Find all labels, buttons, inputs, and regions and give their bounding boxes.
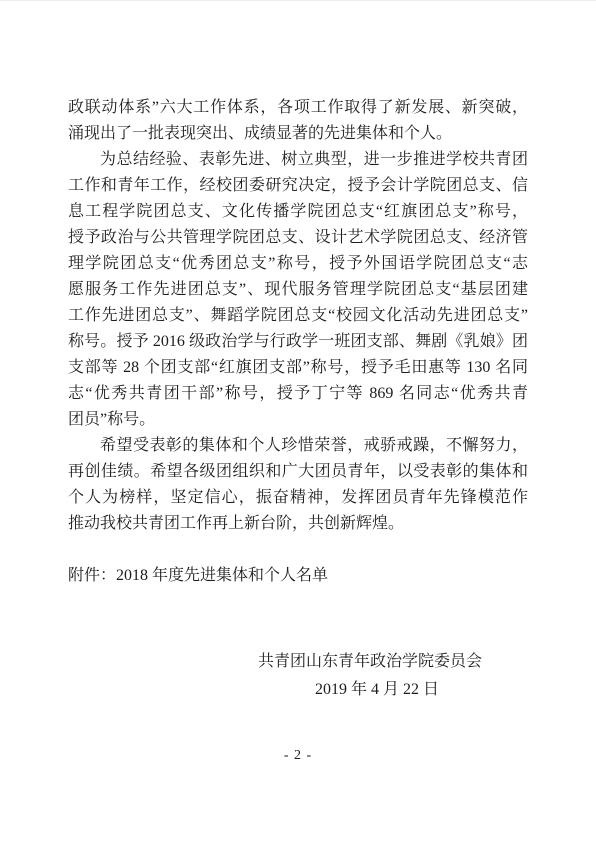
body-line: 志“优秀共青团干部”称号，授予丁宁等 869 名同志“优秀共青 [68, 381, 528, 407]
body-line: 团员”称号。 [68, 407, 528, 433]
body-line: 授予政治与公共管理学院团总支、设计艺术学院团总支、经济管 [68, 225, 528, 251]
body-line: 工作和青年工作，经校团委研究决定，授予会计学院团总支、信 [68, 173, 528, 199]
body-line: 工作先进团总支”、舞蹈学院团总支“校园文化活动先进团总支” [68, 303, 528, 329]
signature-org: 共青团山东青年政治学院委员会 [170, 649, 570, 675]
body-line: 个人为榜样，坚定信心，振奋精神，发挥团员青年先锋模范作用， [68, 485, 528, 511]
signature-date: 2019 年 4 月 22 日 [177, 677, 577, 703]
attachment-line: 附件：2018 年度先进集体和个人名单 [68, 563, 528, 589]
body-line: 涌现出了一批表现突出、成绩显著的先进集体和个人。 [68, 121, 528, 147]
body-line: 推动我校共青团工作再上新台阶，共创新辉煌。 [68, 511, 528, 537]
document-body: 政联动体系”六大工作体系，各项工作取得了新发展、新突破， 涌现出了一批表现突出、… [68, 95, 528, 589]
body-line: 再创佳绩。希望各级团组织和广大团员青年，以受表彰的集体和 [68, 459, 528, 485]
body-line: 政联动体系”六大工作体系，各项工作取得了新发展、新突破， [68, 95, 528, 121]
page-number: - 2 - [0, 745, 596, 767]
body-line: 息工程学院团总支、文化传播学院团总支“红旗团总支”称号， [68, 199, 528, 225]
document-page: 政联动体系”六大工作体系，各项工作取得了新发展、新突破， 涌现出了一批表现突出、… [0, 0, 596, 843]
body-line: 希望受表彰的集体和个人珍惜荣誉，戒骄戒躁，不懈努力， [68, 433, 528, 459]
body-line: 支部等 28 个团支部“红旗团支部”称号，授予毛田惠等 130 名同 [68, 355, 528, 381]
body-line: 称号。授予 2016 级政治学与行政学一班团支部、舞剧《乳娘》团 [68, 329, 528, 355]
body-line: 为总结经验、表彰先进、树立典型，进一步推进学校共青团 [68, 147, 528, 173]
body-line: 愿服务工作先进团总支”、现代服务管理学院团总支“基层团建 [68, 277, 528, 303]
body-line: 理学院团总支“优秀团总支”称号，授予外国语学院团总支“志 [68, 251, 528, 277]
